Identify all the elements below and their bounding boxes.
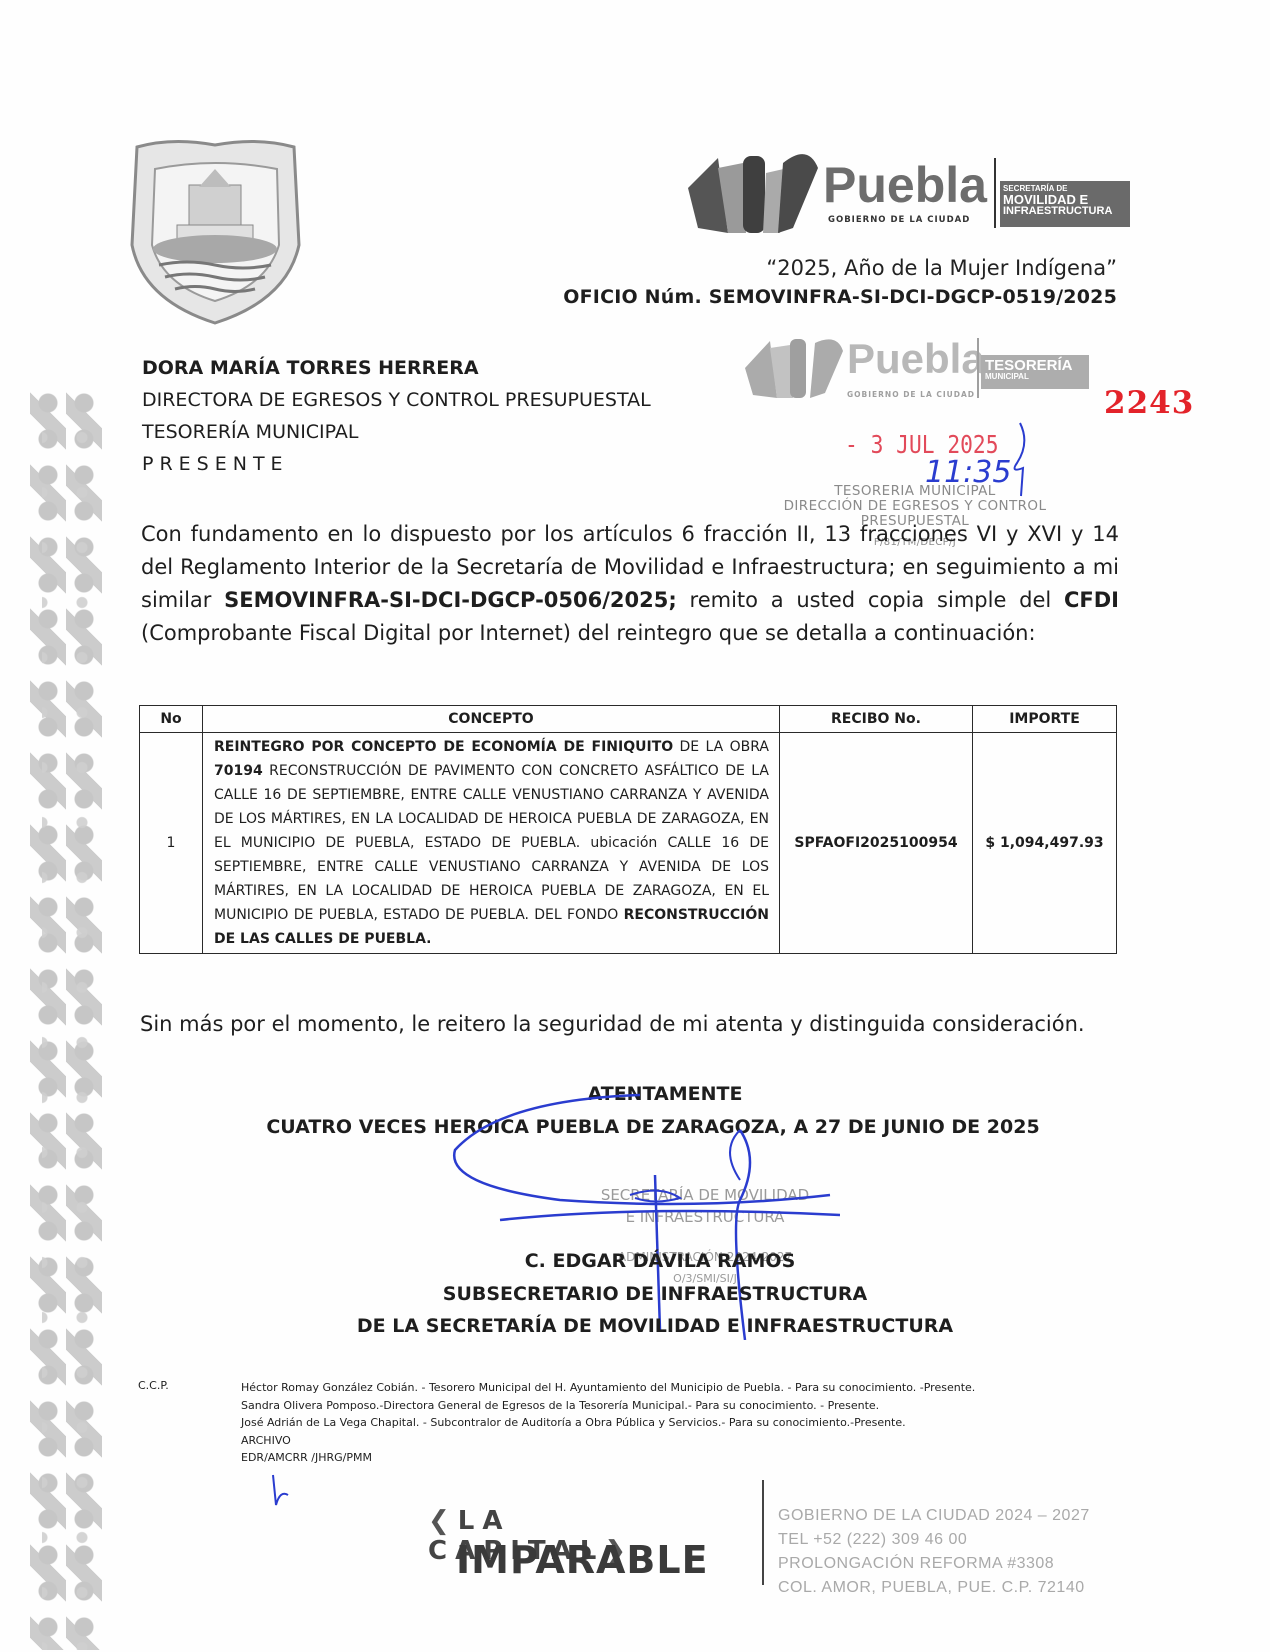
- stamp-logo-divider: [977, 338, 979, 398]
- badge-line-2: MUNICIPAL: [985, 373, 1085, 381]
- city-skyline-icon: [688, 148, 818, 233]
- reference-oficio: SEMOVINFRA-SI-DCI-DGCP-0506/2025;: [224, 588, 677, 612]
- col-header-importe: IMPORTE: [973, 706, 1117, 733]
- recipient-title: DIRECTORA DE EGRESOS Y CONTROL PRESUPUES…: [142, 384, 651, 416]
- recipient-block: DORA MARÍA TORRES HERRERA DIRECTORA DE E…: [142, 352, 651, 480]
- cell-concepto: REINTEGRO POR CONCEPTO DE ECONOMÍA DE FI…: [203, 733, 780, 954]
- puebla-semovinfra-logo: Puebla GOBIERNO DE LA CIUDAD SECRETARÍA …: [688, 148, 1148, 238]
- signer-name: C. EDGAR DÁVILA RAMOS: [0, 1250, 1270, 1272]
- concepto-text: DE LA OBRA: [673, 739, 769, 755]
- body-text: (Comprobante Fiscal Digital por Internet…: [141, 621, 1036, 645]
- logo-subtitle: GOBIERNO DE LA CIUDAD: [828, 215, 970, 225]
- ccp-line: ARCHIVO: [241, 1432, 975, 1450]
- ccp-line: Sandra Olivera Pomposo.-Directora Genera…: [241, 1397, 975, 1415]
- table-header-row: No CONCEPTO RECIBO No. IMPORTE: [140, 706, 1117, 733]
- badge-line-1: TESORERÍA: [985, 358, 1085, 373]
- initials-mark: [268, 1470, 298, 1510]
- ccp-line: Héctor Romay González Cobián. - Tesorero…: [241, 1379, 975, 1397]
- year-motto: “2025, Año de la Mujer Indígena”: [766, 256, 1117, 280]
- cell-recibo: SPFAOFI2025100954: [780, 733, 973, 954]
- tesoreria-received-logo: Puebla GOBIERNO DE LA CIUDAD TESORERÍA M…: [745, 333, 1095, 408]
- ccp-label: C.C.P.: [138, 1379, 169, 1392]
- recipient-name: DORA MARÍA TORRES HERRERA: [142, 352, 651, 384]
- body-text: remito a usted copia simple del: [677, 588, 1064, 612]
- recipient-presente: PRESENTE: [142, 448, 651, 480]
- ccp-line: EDR/AMCRR /JHRG/PMM: [241, 1449, 975, 1467]
- ccp-line: José Adrián de La Vega Chapital. - Subco…: [241, 1414, 975, 1432]
- logo-divider: [994, 158, 996, 228]
- concepto-text: RECONSTRUCCIÓN DE PAVIMENTO CON CONCRETO…: [214, 763, 769, 923]
- ccp-list: Héctor Romay González Cobián. - Tesorero…: [241, 1379, 975, 1467]
- obra-number: 70194: [214, 763, 263, 779]
- badge-line-3: INFRAESTRUCTURA: [1003, 206, 1127, 217]
- cell-no: 1: [140, 733, 203, 954]
- col-header-recibo: RECIBO No.: [780, 706, 973, 733]
- tesoreria-badge: TESORERÍA MUNICIPAL: [981, 355, 1089, 389]
- footer-contact: GOBIERNO DE LA CIUDAD 2024 – 2027 TEL +5…: [778, 1504, 1090, 1600]
- decorative-border-pattern-accent: [42, 400, 102, 1650]
- stamp-logo-subtitle: GOBIERNO DE LA CIUDAD: [847, 390, 975, 399]
- concepto-heading: REINTEGRO POR CONCEPTO DE ECONOMÍA DE FI…: [214, 739, 673, 755]
- city-skyline-icon: [745, 333, 845, 398]
- closing-sentence: Sin más por el momento, le reitero la se…: [140, 1012, 1085, 1036]
- la-capital-imparable-logo: ❮LA CAPITAL❯ IMPARABLE: [428, 1498, 728, 1598]
- body-paragraph: Con fundamento en lo dispuesto por los a…: [141, 518, 1119, 650]
- oficio-number: OFICIO Núm. SEMOVINFRA-SI-DCI-DGCP-0519/…: [563, 286, 1117, 308]
- col-header-no: No: [140, 706, 203, 733]
- recipient-office: TESORERÍA MUNICIPAL: [142, 416, 651, 448]
- cfdi-term: CFDI: [1064, 588, 1119, 612]
- stamp-logo-city: Puebla: [847, 335, 985, 383]
- col-header-concepto: CONCEPTO: [203, 706, 780, 733]
- stamp-line-2: DIRECCIÓN DE EGRESOS Y CONTROL: [770, 499, 1060, 514]
- city-coat-of-arms-icon: [127, 135, 304, 325]
- wing-left-icon: ❮: [428, 1506, 458, 1536]
- logo-city-name: Puebla: [823, 156, 987, 214]
- semovinfra-badge: SECRETARÍA DE MOVILIDAD E INFRAESTRUCTUR…: [1000, 181, 1130, 227]
- cell-importe: $ 1,094,497.93: [973, 733, 1117, 954]
- footer-divider: [762, 1480, 764, 1585]
- footer-address: PROLONGACIÓN REFORMA #3308: [778, 1552, 1090, 1576]
- footer-government: GOBIERNO DE LA CIUDAD 2024 – 2027: [778, 1504, 1090, 1528]
- footer-phone: TEL +52 (222) 309 46 00: [778, 1528, 1090, 1552]
- signer-department: DE LA SECRETARÍA DE MOVILIDAD E INFRAEST…: [0, 1315, 1270, 1337]
- footer-colonia: COL. AMOR, PUEBLA, PUE. C.P. 72140: [778, 1576, 1090, 1600]
- reintegro-table: No CONCEPTO RECIBO No. IMPORTE 1 REINTEG…: [139, 705, 1117, 954]
- folio-number: 2243: [1104, 385, 1194, 421]
- stamp-line-1: TESORERIA MUNICIPAL: [770, 484, 1060, 499]
- table-row: 1 REINTEGRO POR CONCEPTO DE ECONOMÍA DE …: [140, 733, 1117, 954]
- slogan-line-2: IMPARABLE: [456, 1538, 709, 1582]
- signer-title: SUBSECRETARIO DE INFRAESTRUCTURA: [0, 1283, 1270, 1305]
